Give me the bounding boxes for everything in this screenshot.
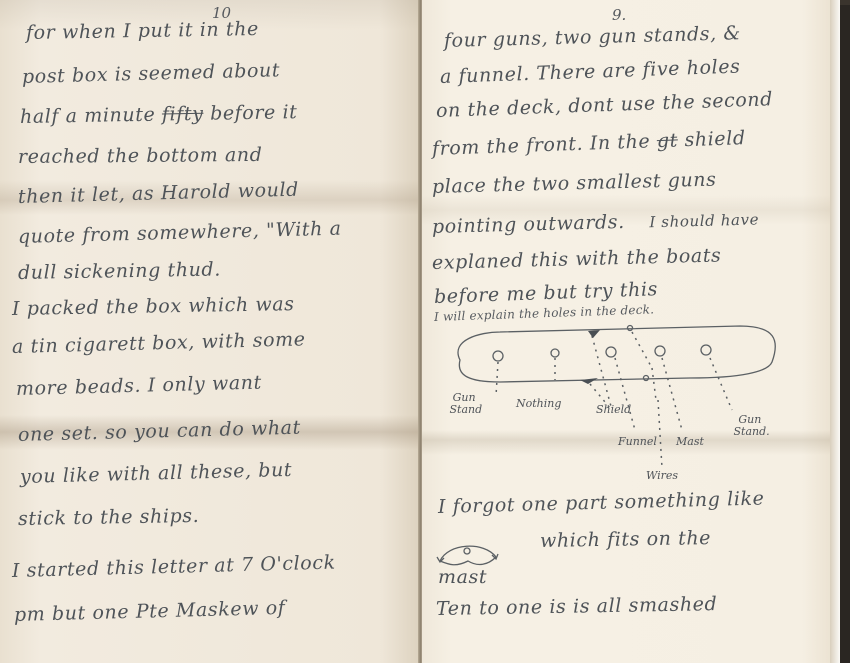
text-fragment: pointing outwards. [432,211,625,238]
text-fragment: before it [210,101,298,125]
text-line: I forgot one part something like [438,487,765,518]
hole-icon [701,345,711,355]
letter-page-10: 10 for when I put it in the post box is … [0,0,420,663]
arrow-icon [580,378,598,384]
struck-word: fifty [162,103,204,126]
deck-outline [458,326,775,382]
arrow-icon [588,330,600,338]
text-fragment: from the front. In the [432,130,651,160]
text-fragment: shield [684,127,746,151]
page-number: 9. [612,6,626,24]
text-line: explaned this with the boats [432,244,722,274]
text-line: stick to the ships. [18,505,200,530]
text-line: Ten to one is is all smashed [436,593,718,620]
text-line: more beads. I only want [16,372,262,400]
text-line: pointing outwards. I should have [432,207,760,238]
struck-word: gt [656,129,678,152]
text-fragment: half a minute [20,104,156,128]
text-line: you like with all these, but [20,459,293,488]
text-line: four guns, two gun stands, & [444,22,741,52]
deck-diagram [440,300,800,490]
hole-icon [493,351,503,361]
hole-icon [551,349,559,357]
page-edge [830,0,840,663]
text-line: dull sickening thud. [18,258,221,284]
hole-icon [606,347,616,357]
hole-icon [644,376,649,381]
mast-part-sketch [434,535,504,575]
text-line: then it let, as Harold would [18,179,299,208]
text-line: a funnel. There are five holes [440,56,741,88]
text-line: quote from somewhere, "With a [18,218,342,248]
text-line: a tin cigarett box, with some [12,328,306,358]
text-line: reached the bottom and [18,144,263,168]
text-fragment: I should have [649,210,759,231]
text-line: from the front. In the gt shield [432,127,746,160]
text-line: one set. so you can do what [18,417,301,446]
text-line: half a minute fifty before it [20,101,298,128]
hole-icon [628,326,633,331]
text-line: I packed the box which was [12,293,295,320]
text-line: pm but one Pte Maskew of [14,597,286,626]
text-line: I started this letter at 7 O'clock [12,552,336,582]
text-line: which fits on the [540,527,711,552]
text-line: place the two smallest guns [432,169,717,198]
text-line: for when I put it in the [26,18,259,44]
text-line: on the deck, dont use the second [436,88,774,122]
text-line: post box is seemed about [22,59,281,88]
hole-icon [655,346,665,356]
